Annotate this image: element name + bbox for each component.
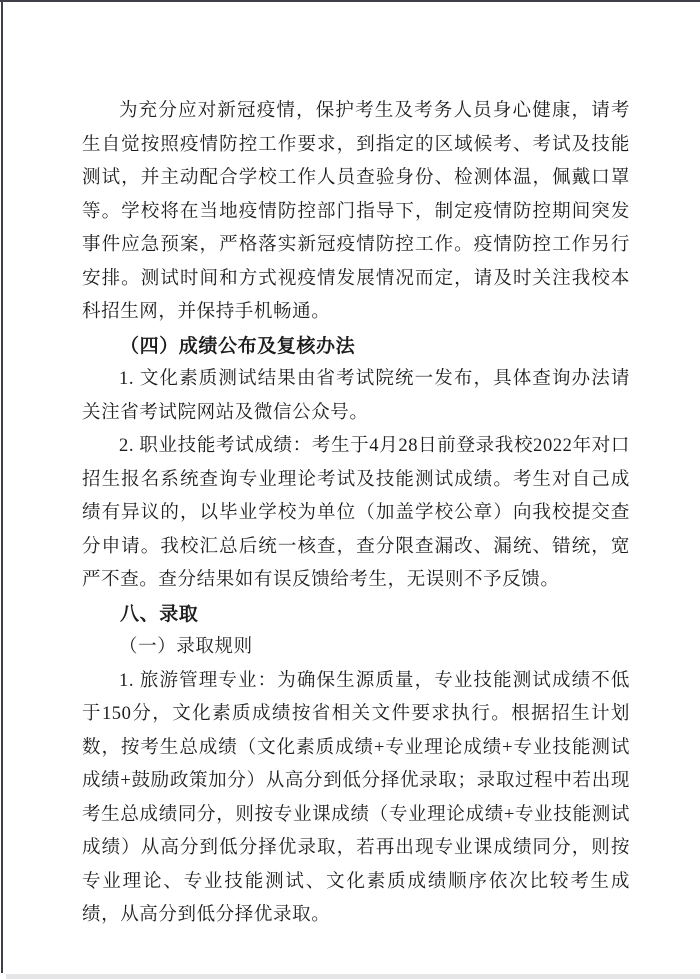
section-heading: 八、录取 xyxy=(82,598,630,632)
paragraph: （一）录取规则 xyxy=(82,631,630,665)
paragraph: 1. 文化素质测试结果由省考试院统一发布，具体查询办法请关注省考试院网站及微信公… xyxy=(82,363,630,430)
document-body: 为充分应对新冠疫情，保护考生及考务人员身心健康，请考生自觉按照疫情防控工作要求，… xyxy=(82,95,630,933)
page-left-edge-line xyxy=(1,0,3,973)
section-heading: （四）成绩公布及复核办法 xyxy=(82,330,630,364)
page-top-edge-line xyxy=(0,0,700,2)
page-bottom-shadow xyxy=(6,974,700,979)
paragraph: 2. 职业技能考试成绩：考生于4月28日前登录我校2022年对口招生报名系统查询… xyxy=(82,430,630,598)
paragraph: 1. 旅游管理专业：为确保生源质量，专业技能测试成绩不低于150分，文化素质成绩… xyxy=(82,665,630,933)
document-page: 为充分应对新冠疫情，保护考生及考务人员身心健康，请考生自觉按照疫情防控工作要求，… xyxy=(0,0,700,979)
paragraph: 为充分应对新冠疫情，保护考生及考务人员身心健康，请考生自觉按照疫情防控工作要求，… xyxy=(82,95,630,330)
